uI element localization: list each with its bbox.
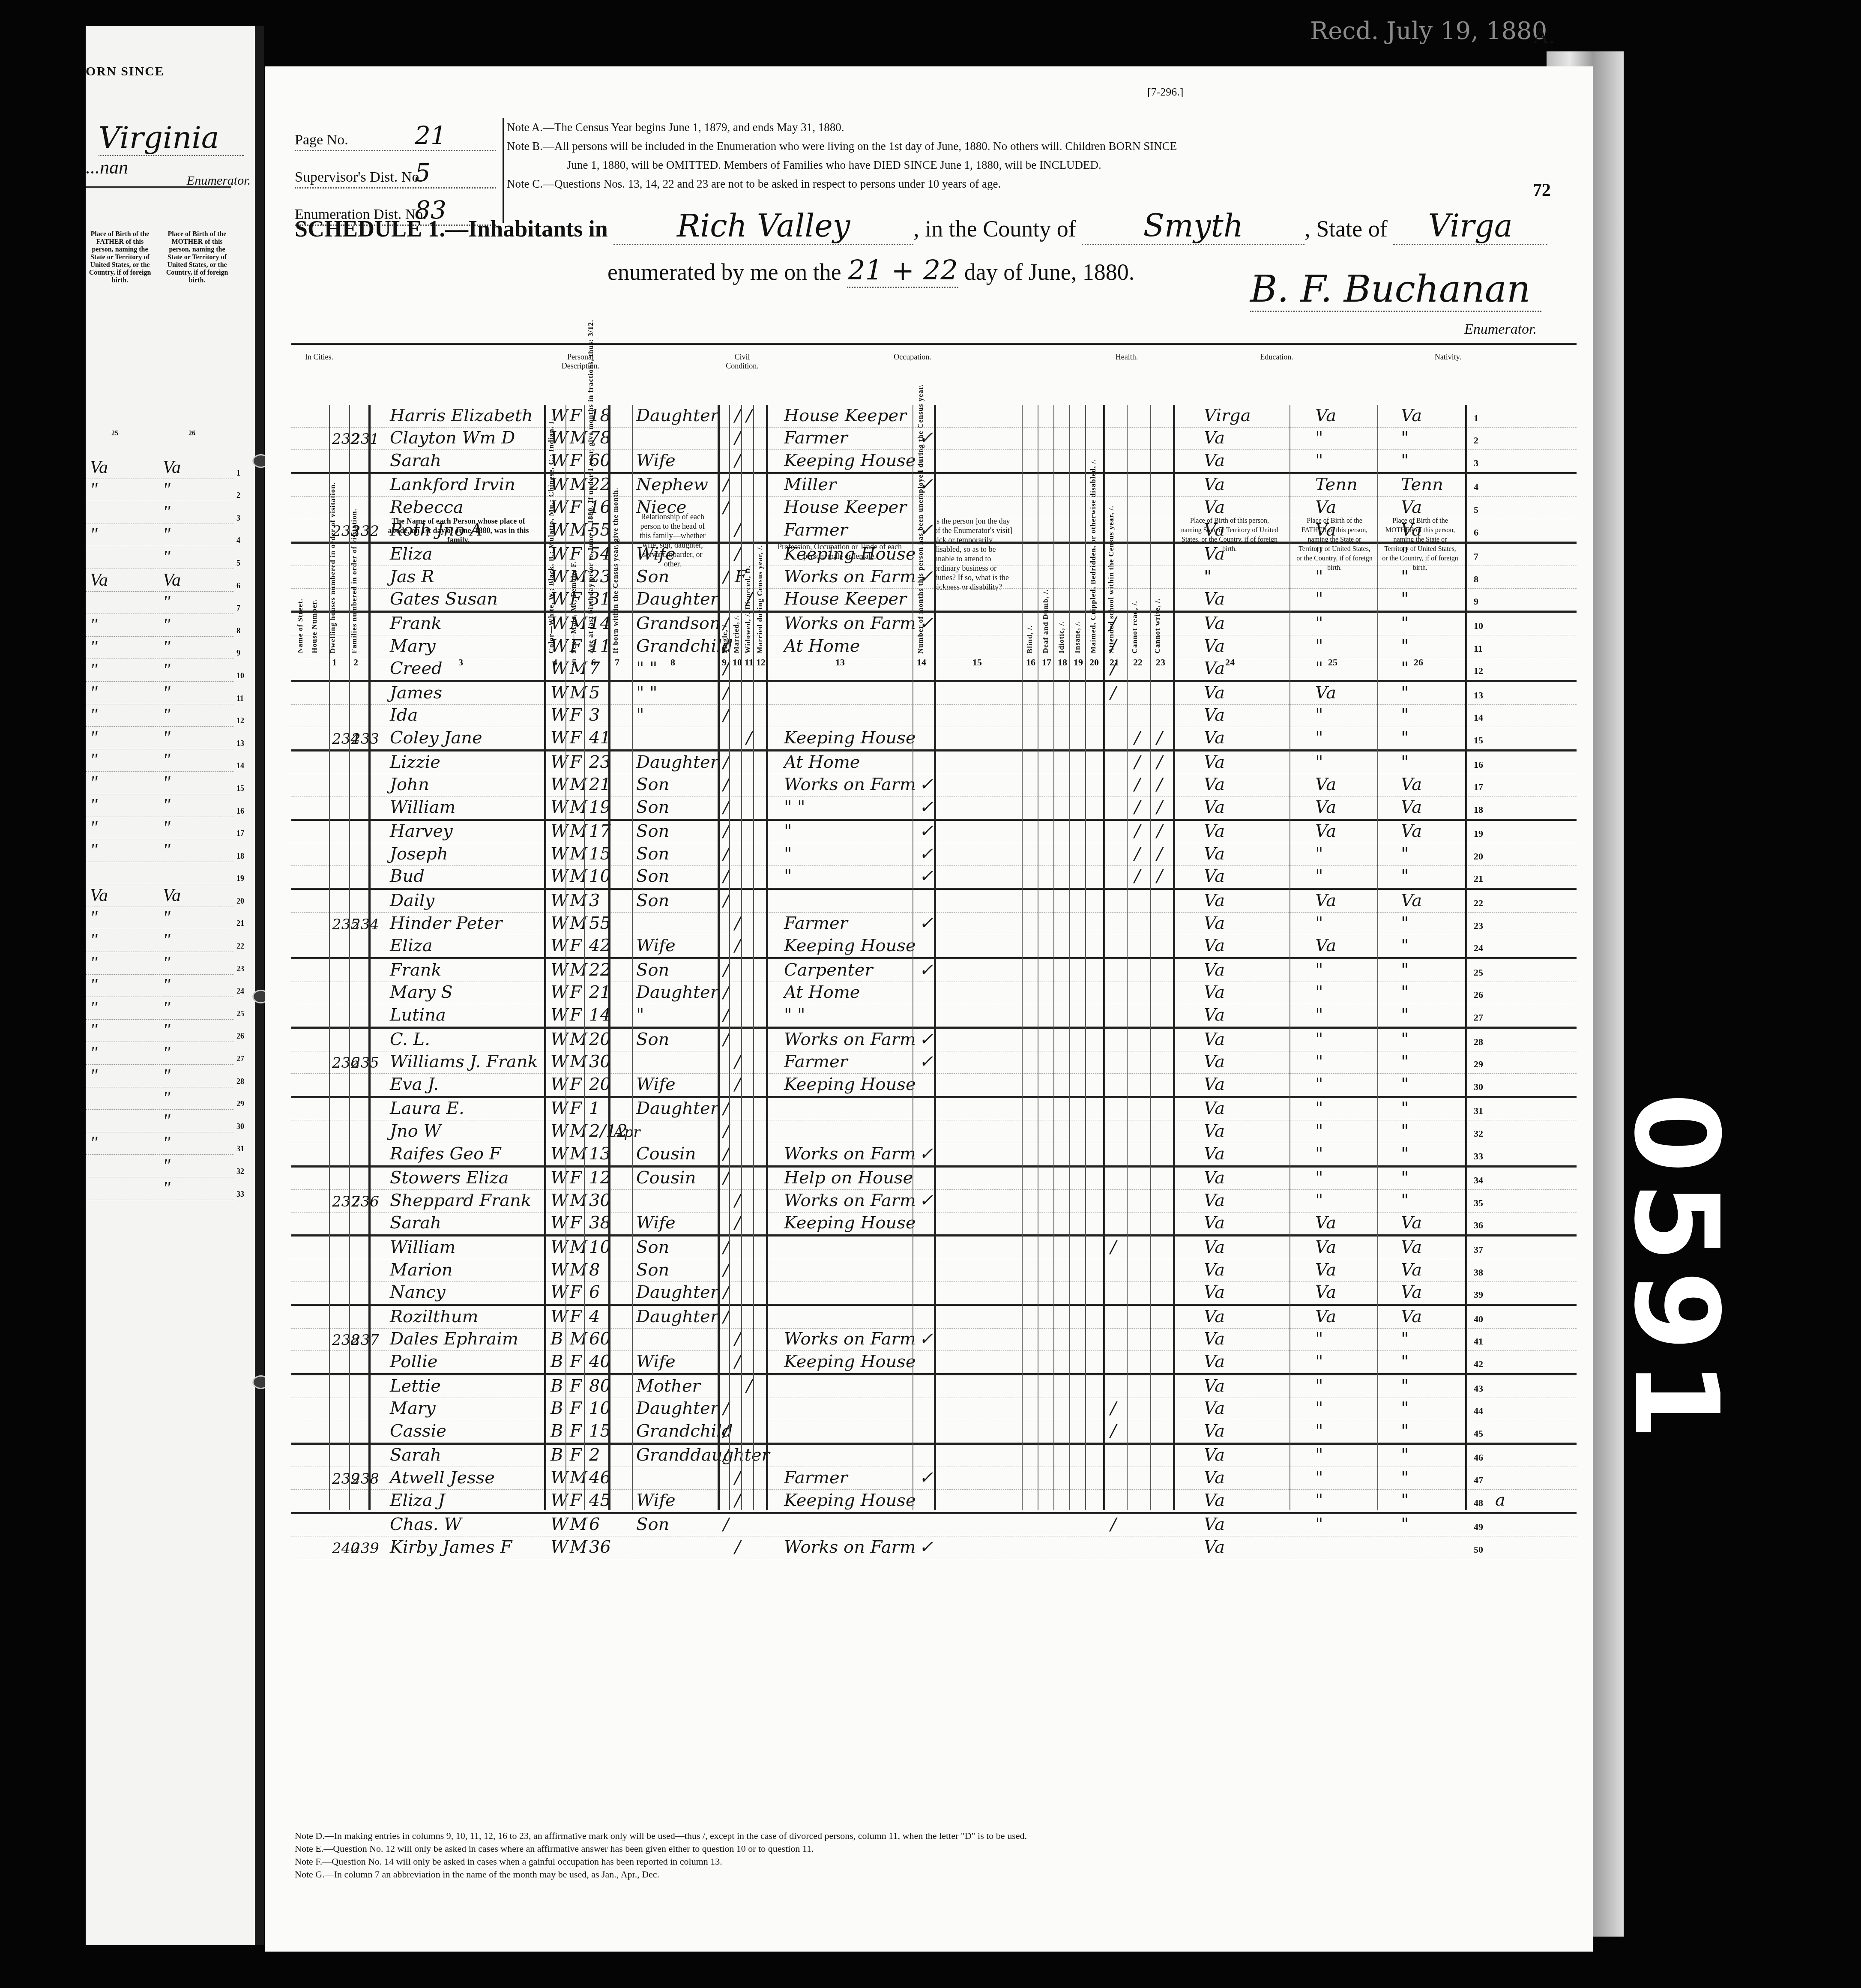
birthplace: Va	[1204, 636, 1225, 656]
supervisor-district-label: Supervisor's Dist. No.	[295, 169, 423, 186]
occupation: Farmer	[784, 1052, 848, 1072]
person-name: Eliza J	[390, 1491, 445, 1510]
relationship: Wife	[636, 451, 676, 470]
left-father-birthplace: "	[90, 524, 98, 545]
father-birthplace: "	[1315, 1491, 1323, 1510]
left-page-row: "3	[86, 501, 233, 524]
row-50-margin-mark: a	[1495, 1490, 1505, 1557]
single-mark: /	[723, 752, 729, 772]
age: 20	[589, 1075, 611, 1094]
father-birthplace: "	[1315, 705, 1323, 725]
sex: F	[570, 1075, 582, 1094]
father-birthplace: "	[1315, 659, 1323, 678]
relationship: Son	[636, 960, 669, 980]
father-birthplace: "	[1315, 960, 1323, 980]
person-name: Laura E.	[390, 1099, 464, 1118]
left-page-row: ""9	[86, 637, 233, 659]
column-rule	[1290, 405, 1290, 1510]
single-mark: /	[723, 705, 729, 725]
attended-school-mark: /	[1110, 683, 1116, 703]
cannot-write-mark: /	[1157, 752, 1162, 772]
line-number: 2	[1474, 435, 1478, 446]
married-mark: /	[735, 1075, 740, 1094]
widowed-mark: /	[746, 406, 752, 425]
cannot-write-mark: /	[1157, 821, 1162, 841]
line-number: 26	[1474, 989, 1483, 1000]
left-father-birthplace: "	[90, 683, 98, 703]
left-line-number: 24	[236, 987, 244, 996]
line-number: 11	[1474, 643, 1483, 654]
birthplace: Va	[1204, 1282, 1225, 1302]
person-name: Cassie	[390, 1421, 446, 1441]
person-name: William	[390, 797, 455, 817]
months-unemployed: ✓	[919, 1191, 933, 1210]
occupation: At Home	[784, 636, 860, 656]
line-number: 38	[1474, 1267, 1483, 1278]
column-rule	[1150, 405, 1151, 1510]
left-facing-page: ORN SINCE Virginia ...nan Enumerator. Pl…	[86, 26, 255, 1945]
attended-school-mark: /	[1110, 659, 1116, 678]
place-name: Rich Valley	[613, 208, 913, 245]
single-mark: /	[723, 1282, 729, 1302]
color: W	[551, 1537, 568, 1557]
birthplace: Va	[1204, 797, 1225, 817]
left-mother-birthplace: "	[163, 1066, 171, 1086]
occupation: Carpenter	[784, 960, 873, 980]
schedule-title: SCHEDULE 1.—Inhabitants in Rich Valley, …	[295, 208, 1547, 245]
person-name: Williams J. Frank	[390, 1052, 538, 1072]
left-line-number: 31	[236, 1144, 244, 1153]
age: 1	[589, 1099, 600, 1118]
person-name: Marion	[390, 1260, 453, 1280]
person-name: Nancy	[390, 1282, 446, 1302]
column-rule	[544, 405, 546, 1510]
left-line-number: 14	[236, 761, 244, 770]
father-birthplace: Va	[1315, 406, 1336, 425]
left-line-number: 29	[236, 1099, 244, 1108]
left-page-enumerator-label: Enumerator.	[187, 174, 251, 188]
age: 38	[589, 1213, 611, 1233]
left-line-number: 2	[236, 491, 240, 500]
father-birthplace: "	[1315, 1421, 1323, 1441]
relationship: " "	[636, 659, 658, 678]
relationship: Son	[636, 775, 669, 794]
age: 3	[589, 705, 600, 725]
occupation: Farmer	[784, 520, 848, 540]
relationship: Daughter	[636, 1282, 718, 1302]
left-father-birthplace: "	[90, 615, 98, 635]
person-name: Lankford Irvin	[390, 475, 515, 494]
father-birthplace: Va	[1315, 891, 1336, 910]
age: 20	[589, 1030, 611, 1049]
page-number-field: Page No. 21	[295, 116, 496, 151]
line-number: 10	[1474, 620, 1483, 632]
occupation: " "	[784, 797, 805, 817]
months-unemployed: ✓	[919, 844, 933, 864]
left-line-number: 20	[236, 897, 244, 906]
person-name: Bud	[390, 866, 425, 886]
age: 5	[589, 683, 600, 703]
sex: F	[570, 982, 582, 1002]
occupation: Keeping House	[784, 544, 916, 564]
note-c: Note C.—Questions Nos. 13, 14, 22 and 23…	[507, 174, 1749, 193]
months-unemployed: ✓	[919, 913, 933, 933]
left-line-number: 15	[236, 784, 244, 793]
birthplace: Va	[1204, 1213, 1225, 1233]
left-mother-birthplace: "	[163, 795, 171, 816]
color: B	[551, 1398, 563, 1418]
line-number: 48	[1474, 1497, 1483, 1509]
schedule-prefix: SCHEDULE 1.—Inhabitants in	[295, 216, 608, 242]
column-rule	[1069, 405, 1070, 1510]
line-number: 13	[1474, 690, 1483, 701]
line-number: 35	[1474, 1198, 1483, 1209]
father-birthplace: "	[1315, 752, 1323, 772]
months-unemployed: ✓	[919, 1052, 933, 1072]
relationship: Son	[636, 1515, 669, 1534]
left-page-row: ""23	[86, 952, 233, 975]
birthplace: Va	[1204, 544, 1225, 564]
column-rule	[934, 405, 936, 1510]
occupation: Miller	[784, 475, 836, 494]
left-father-birthplace: Va	[90, 570, 108, 590]
birthplace: Va	[1204, 752, 1225, 772]
father-birthplace: Va	[1315, 497, 1336, 517]
left-mother-birthplace: "	[163, 975, 171, 996]
person-name: Eliza	[390, 544, 433, 564]
relationship: Son	[636, 821, 669, 841]
father-birthplace: "	[1315, 1191, 1323, 1210]
column-rule	[329, 405, 330, 1510]
family-number: 234	[351, 916, 379, 933]
line-number: 4	[1474, 482, 1478, 493]
single-mark: /	[723, 614, 729, 633]
mother-birthplace: "	[1401, 428, 1409, 448]
father-birthplace: "	[1315, 1352, 1323, 1371]
line-number: 45	[1474, 1428, 1483, 1439]
left-mother-birthplace: Va	[163, 570, 181, 590]
married-mark: /	[735, 544, 740, 564]
column-rule	[913, 405, 913, 1510]
birthplace: Va	[1204, 775, 1225, 794]
mother-birthplace: "	[1401, 982, 1409, 1002]
left-page-row: ""14	[86, 749, 233, 772]
left-page-row: "29	[86, 1087, 233, 1110]
relationship: Grandson	[636, 614, 721, 633]
person-name: Mary	[390, 636, 436, 656]
person-name: Stowers Eliza	[390, 1168, 509, 1188]
person-name: John	[390, 775, 429, 794]
relationship: Cousin	[636, 1144, 696, 1164]
left-mother-birthplace: "	[163, 637, 171, 658]
occupation: Works on Farm	[784, 775, 916, 794]
occupation: Keeping House	[784, 1491, 916, 1510]
mother-birthplace: "	[1401, 728, 1409, 748]
relationship: Son	[636, 1030, 669, 1049]
left-father-birthplace: "	[90, 728, 98, 748]
line-number: 9	[1474, 596, 1478, 607]
person-name: Harris Elizabeth	[390, 406, 533, 425]
left-line-number: 21	[236, 919, 244, 928]
left-line-number: 30	[236, 1122, 244, 1131]
left-line-number: 27	[236, 1054, 244, 1063]
birthplace: Va	[1204, 1168, 1225, 1188]
person-name: Raifes Geo F	[390, 1144, 501, 1164]
sex: F	[570, 1168, 582, 1188]
sex: F	[570, 1213, 582, 1233]
father-birthplace: Va	[1315, 1213, 1336, 1233]
occupation: Works on Farm	[784, 1191, 916, 1210]
sex: F	[570, 752, 582, 772]
left-page-row: ""27	[86, 1042, 233, 1065]
single-mark: /	[723, 844, 729, 864]
book-spine	[255, 26, 264, 1945]
table-row: Chas. WWM6Son//Va""49	[291, 1514, 1577, 1537]
father-birthplace: "	[1315, 844, 1323, 864]
age: 55	[589, 913, 611, 933]
left-page-row: ""28	[86, 1065, 233, 1087]
sex: F	[570, 1282, 582, 1302]
relationship: Daughter	[636, 1398, 718, 1418]
mother-birthplace: Va	[1401, 1282, 1422, 1302]
line-number: 22	[1474, 898, 1483, 909]
person-name: Ida	[390, 705, 418, 725]
line-number: 6	[1474, 527, 1478, 538]
relationship: Wife	[636, 1352, 676, 1371]
person-name: Harvey	[390, 821, 453, 841]
cannot-write-mark: /	[1157, 797, 1162, 817]
relationship: Daughter	[636, 1307, 718, 1326]
single-mark: /	[723, 497, 729, 517]
birthplace: Va	[1204, 960, 1225, 980]
left-line-number: 4	[236, 536, 240, 545]
age: 13	[589, 1144, 611, 1164]
left-mother-birthplace: "	[163, 615, 171, 635]
note-g: Note G.—In column 7 an abbreviation in t…	[295, 1868, 1537, 1881]
age: 42	[589, 936, 611, 955]
months-unemployed: ✓	[919, 1144, 933, 1164]
group-civil-condition: Civil Condition.	[724, 353, 760, 371]
line-number: 27	[1474, 1012, 1483, 1023]
married-mark: /	[735, 1491, 740, 1510]
person-name: Roth Jno A	[390, 520, 482, 540]
mother-birthplace: "	[1401, 1468, 1409, 1488]
left-line-number: 3	[236, 514, 240, 523]
column-rule	[1173, 405, 1175, 1510]
left-mother-birthplace: "	[163, 1178, 171, 1199]
father-birthplace: Va	[1315, 1282, 1336, 1302]
family-number: 237	[351, 1332, 379, 1349]
single-mark: /	[723, 1515, 729, 1534]
birth-month: Apr	[613, 1124, 640, 1141]
age: 16	[589, 497, 611, 517]
father-birthplace: "	[1315, 614, 1323, 633]
father-birthplace: "	[1315, 1099, 1323, 1118]
father-birthplace: "	[1315, 1052, 1323, 1072]
relationship: Nephew	[636, 475, 708, 494]
left-page-row: ""12	[86, 704, 233, 727]
enumerator-signature: B. F. Buchanan	[1250, 268, 1541, 312]
person-name: Dales Ephraim	[390, 1329, 518, 1349]
person-name: Rebecca	[390, 497, 464, 517]
age: 10	[589, 1237, 611, 1257]
attended-school-mark: /	[1110, 614, 1116, 633]
left-page-row: ""15	[86, 772, 233, 794]
person-name: Coley Jane	[390, 728, 482, 748]
months-unemployed: ✓	[919, 567, 933, 587]
relationship: Son	[636, 1260, 669, 1280]
group-education: Education.	[1247, 353, 1307, 362]
line-number: 43	[1474, 1383, 1483, 1394]
left-mother-birthplace: Va	[163, 457, 181, 478]
father-birthplace: Va	[1315, 1307, 1336, 1326]
months-unemployed: ✓	[919, 821, 933, 841]
father-birthplace: "	[1315, 1168, 1323, 1188]
line-number: 28	[1474, 1036, 1483, 1048]
birthplace: Va	[1204, 1144, 1225, 1164]
birthplace: Va	[1204, 936, 1225, 955]
color: B	[551, 1329, 563, 1349]
bracket-divider	[498, 118, 504, 223]
sex: F	[570, 636, 582, 656]
left-col25-header: Place of Birth of the FATHER of this per…	[86, 231, 154, 284]
enumerated-suffix: day of June, 1880.	[964, 259, 1134, 285]
father-birthplace: "	[1315, 913, 1323, 933]
single-mark: /	[723, 659, 729, 678]
age: 14	[589, 614, 611, 633]
group-in-cities: In Cities.	[296, 353, 343, 362]
left-line-number: 6	[236, 581, 240, 590]
single-mark: /	[723, 1005, 729, 1025]
birthplace: Va	[1204, 1099, 1225, 1118]
left-father-birthplace: "	[90, 975, 98, 996]
line-number: 18	[1474, 804, 1483, 815]
father-birthplace: "	[1315, 1329, 1323, 1349]
cannot-read-mark: /	[1134, 752, 1140, 772]
occupation: Keeping House	[784, 451, 916, 470]
column-rule	[349, 405, 350, 1510]
left-line-number: 25	[236, 1009, 244, 1018]
mother-birthplace: "	[1401, 1168, 1409, 1188]
left-father-birthplace: "	[90, 1133, 98, 1153]
mother-birthplace: Va	[1401, 891, 1422, 910]
left-line-number: 33	[236, 1190, 244, 1199]
relationship: "	[636, 1005, 644, 1025]
birthplace: Va	[1204, 1121, 1225, 1141]
months-unemployed: ✓	[919, 797, 933, 817]
mother-birthplace: "	[1401, 589, 1409, 609]
birthplace: Va	[1204, 1191, 1225, 1210]
single-mark: /	[723, 1099, 729, 1118]
birthplace: Va	[1204, 1491, 1225, 1510]
father-birthplace: "	[1315, 1468, 1323, 1488]
left-line-number: 28	[236, 1077, 244, 1086]
age: 31	[589, 589, 611, 609]
mother-birthplace: "	[1401, 936, 1409, 955]
left-mother-birthplace: "	[163, 524, 171, 545]
age: 17	[589, 821, 611, 841]
note-b-line2: June 1, 1880, will be OMITTED. Members o…	[507, 156, 1749, 174]
left-page-row: ""4	[86, 524, 233, 547]
left-line-number: 9	[236, 649, 240, 658]
father-birthplace: "	[1315, 1121, 1323, 1141]
relationship: Wife	[636, 544, 676, 564]
single-mark: /	[723, 1260, 729, 1280]
cannot-read-mark: /	[1134, 775, 1140, 794]
line-number: 21	[1474, 873, 1483, 884]
mother-birthplace: "	[1401, 1099, 1409, 1118]
line-number: 49	[1474, 1521, 1483, 1533]
sex: F	[570, 497, 582, 517]
line-number: 41	[1474, 1336, 1483, 1347]
single-mark: /	[723, 567, 729, 587]
married-mark: /	[735, 1329, 740, 1349]
attended-school-mark: /	[1110, 636, 1116, 656]
birthplace: Va	[1204, 1075, 1225, 1094]
sex: F	[570, 1421, 582, 1441]
months-unemployed: ✓	[919, 428, 933, 448]
line-number: 5	[1474, 504, 1478, 515]
occupation: Farmer	[784, 913, 848, 933]
relationship: Daughter	[636, 982, 718, 1002]
occupation: Keeping House	[784, 728, 916, 748]
person-name: Sheppard Frank	[390, 1191, 531, 1210]
mother-birthplace: "	[1401, 683, 1409, 703]
note-b-line1: Note B.—All persons will be included in …	[507, 137, 1749, 156]
birthplace: Va	[1204, 1352, 1225, 1371]
sex: F	[570, 1376, 582, 1396]
family-number: 239	[351, 1540, 379, 1557]
mother-birthplace: "	[1401, 636, 1409, 656]
relationship: Son	[636, 567, 669, 587]
occupation: Works on Farm	[784, 1030, 916, 1049]
occupation: House Keeper	[784, 406, 907, 425]
left-page-row: ""22	[86, 929, 233, 952]
left-father-birthplace: "	[90, 1020, 98, 1041]
birthplace: Va	[1204, 1376, 1225, 1396]
age: 23	[589, 752, 611, 772]
line-number: 23	[1474, 920, 1483, 931]
line-number: 20	[1474, 851, 1483, 862]
person-name: Jas R	[390, 567, 434, 587]
line-number: 39	[1474, 1289, 1483, 1300]
father-birthplace: Va	[1315, 1237, 1336, 1257]
age: 23	[589, 567, 611, 587]
column-rule	[1085, 405, 1086, 1510]
single-mark: /	[723, 475, 729, 494]
age: 60	[589, 1329, 611, 1349]
birthplace: Va	[1204, 982, 1225, 1002]
person-name: Mary	[390, 1398, 436, 1418]
line-number: 29	[1474, 1059, 1483, 1070]
received-stamp: Recd. July 19, 1880	[1310, 17, 1547, 45]
left-mother-birthplace: "	[163, 1156, 171, 1176]
left-mother-birthplace: "	[163, 592, 171, 613]
father-birthplace: Va	[1315, 775, 1336, 794]
left-mother-birthplace: "	[163, 907, 171, 928]
father-birthplace: "	[1315, 982, 1323, 1002]
age: 21	[589, 982, 611, 1002]
birthplace: Va	[1204, 1515, 1225, 1534]
sex: F	[570, 1005, 582, 1025]
person-name: Eliza	[390, 936, 433, 955]
occupation: "	[784, 866, 792, 886]
line-number: 16	[1474, 759, 1483, 770]
left-page-row: ""31	[86, 1132, 233, 1155]
left-father-birthplace: Va	[90, 885, 108, 906]
mother-birthplace: Va	[1401, 406, 1422, 425]
left-page-row: ""16	[86, 794, 233, 817]
